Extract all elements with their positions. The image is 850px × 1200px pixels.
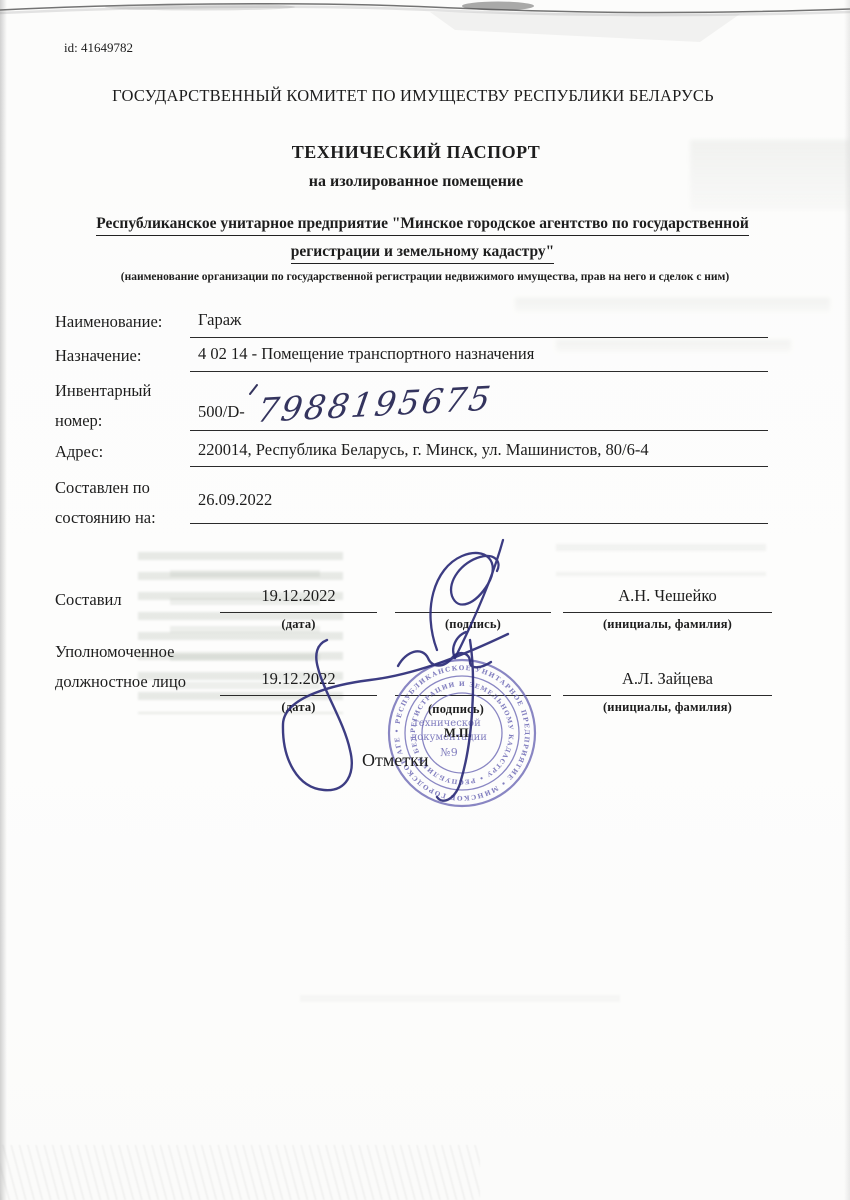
field-line-name: Гараж (190, 310, 768, 338)
compiler-date-line: 19.12.2022 (220, 586, 377, 613)
compiler-name-caption: (инициалы, фамилия) (563, 617, 772, 632)
document-header: ГОСУДАРСТВЕННЫЙ КОМИТЕТ ПО ИМУЩЕСТВУ РЕС… (0, 86, 826, 106)
field-label-name: Наименование: (55, 312, 162, 332)
field-value-address: 220014, Республика Беларусь, г. Минск, у… (190, 440, 768, 460)
compiler-date-value: 19.12.2022 (261, 586, 335, 605)
organization-name-wrap2: регистрации и земельному кадастру" (0, 243, 845, 264)
official-name-line: А.Л. Зайцева (563, 669, 772, 696)
field-label-inventory-line1: Инвентарный (55, 381, 151, 401)
scan-right-edge-shade (844, 0, 850, 1200)
field-line-address: 220014, Республика Беларусь, г. Минск, у… (190, 440, 768, 467)
field-label-address: Адрес: (55, 442, 103, 462)
handwritten-number-text: 7988195675 (255, 379, 496, 430)
document-subtitle: на изолированное помещение (0, 173, 832, 191)
field-label-purpose: Назначение: (55, 346, 141, 366)
compiler-name-value: А.Н. Чешейко (618, 586, 717, 605)
field-label-asof-line1: Составлен по (55, 478, 150, 498)
organization-name-line1: Республиканское унитарное предприятие "М… (96, 215, 749, 236)
compiler-role-label: Составил (55, 590, 122, 610)
field-value-purpose: 4 02 14 - Помещение транспортного назнач… (190, 344, 768, 364)
official-role-line1: Уполномоченное (55, 642, 174, 662)
field-value-asof: 26.09.2022 (190, 488, 768, 510)
field-label-inventory-line2: номер: (55, 411, 102, 431)
field-value-name: Гараж (190, 310, 768, 330)
organization-caption: (наименование организации по государстве… (0, 271, 850, 283)
field-line-purpose: 4 02 14 - Помещение транспортного назнач… (190, 344, 768, 372)
scanned-document-page: id: 41649782 ГОСУДАРСТВЕННЫЙ КОМИТЕТ ПО … (0, 0, 850, 1200)
field-line-asof: 26.09.2022 (190, 488, 768, 524)
bleed-through-artifact (300, 985, 620, 1013)
official-name-caption: (инициалы, фамилия) (563, 700, 772, 715)
official-signature-stroke (260, 618, 520, 823)
organization-name: Республиканское унитарное предприятие "М… (0, 215, 845, 236)
organization-name-line2: регистрации и земельному кадастру" (291, 243, 555, 264)
field-label-asof-line2: состоянию на: (55, 508, 156, 528)
bleed-through-artifact (556, 534, 766, 576)
scan-id-text: id: 41649782 (64, 40, 133, 56)
official-name-value: А.Л. Зайцева (622, 669, 713, 688)
document-title: ТЕХНИЧЕСКИЙ ПАСПОРТ (0, 142, 832, 163)
compiler-name-line: А.Н. Чешейко (563, 586, 772, 613)
official-role-line2: должностное лицо (55, 672, 186, 692)
handwritten-inventory-number: 7988195675 (238, 378, 498, 440)
scan-corner-noise (0, 1145, 480, 1200)
